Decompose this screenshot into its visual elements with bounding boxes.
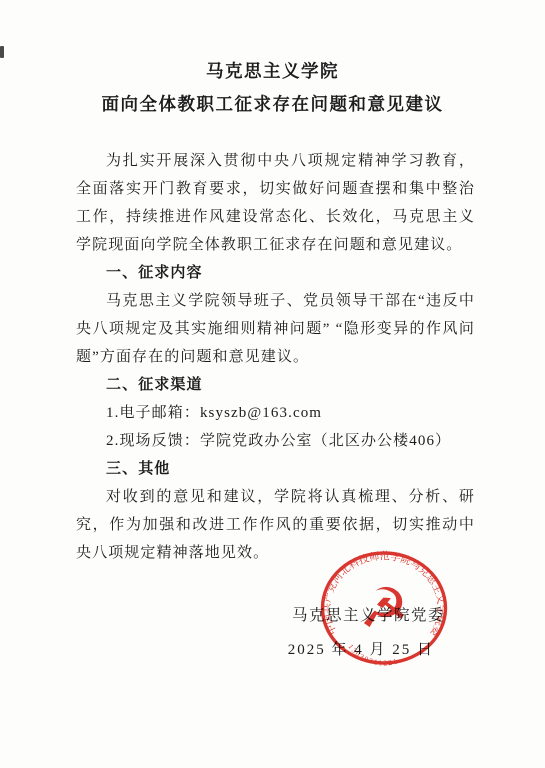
title-line-2: 面向全体教职工征求存在问题和意见建议: [0, 88, 545, 121]
contact-email-line: 1.电子邮箱：ksyszb@163.com: [76, 399, 475, 427]
section1-heading: 一、征求内容: [76, 259, 475, 287]
scanned-notice-page: 马克思主义学院 面向全体教职工征求存在问题和意见建议 为扎实开展深入贯彻中央八项…: [0, 0, 545, 768]
title-line-1: 马克思主义学院: [0, 55, 545, 88]
signature-date: 2025 年 4 月 25 日: [288, 638, 434, 659]
document-title: 马克思主义学院 面向全体教职工征求存在问题和意见建议: [0, 0, 545, 121]
section1-paragraph: 马克思主义学院领导班子、党员领导干部在“违反中央八项规定及其实施细则精神问题” …: [76, 287, 475, 371]
signature-organization: 马克思主义学院党委: [292, 603, 445, 625]
scan-artifact: [0, 46, 4, 58]
contact-office-line: 2.现场反馈：学院党政办公室（北区办公楼406）: [76, 427, 475, 455]
section3-heading: 三、其他: [76, 455, 475, 483]
section2-heading: 二、征求渠道: [76, 371, 475, 399]
document-body: 为扎实开展深入贯彻中央八项规定精神学习教育，全面落实开门教育要求，切实做好问题查…: [76, 147, 475, 567]
intro-paragraph: 为扎实开展深入贯彻中央八项规定精神学习教育，全面落实开门教育要求，切实做好问题查…: [76, 147, 475, 259]
section3-paragraph: 对收到的意见和建议，学院将认真梳理、分析、研究，作为加强和改进工作作风的重要依据…: [76, 483, 475, 567]
